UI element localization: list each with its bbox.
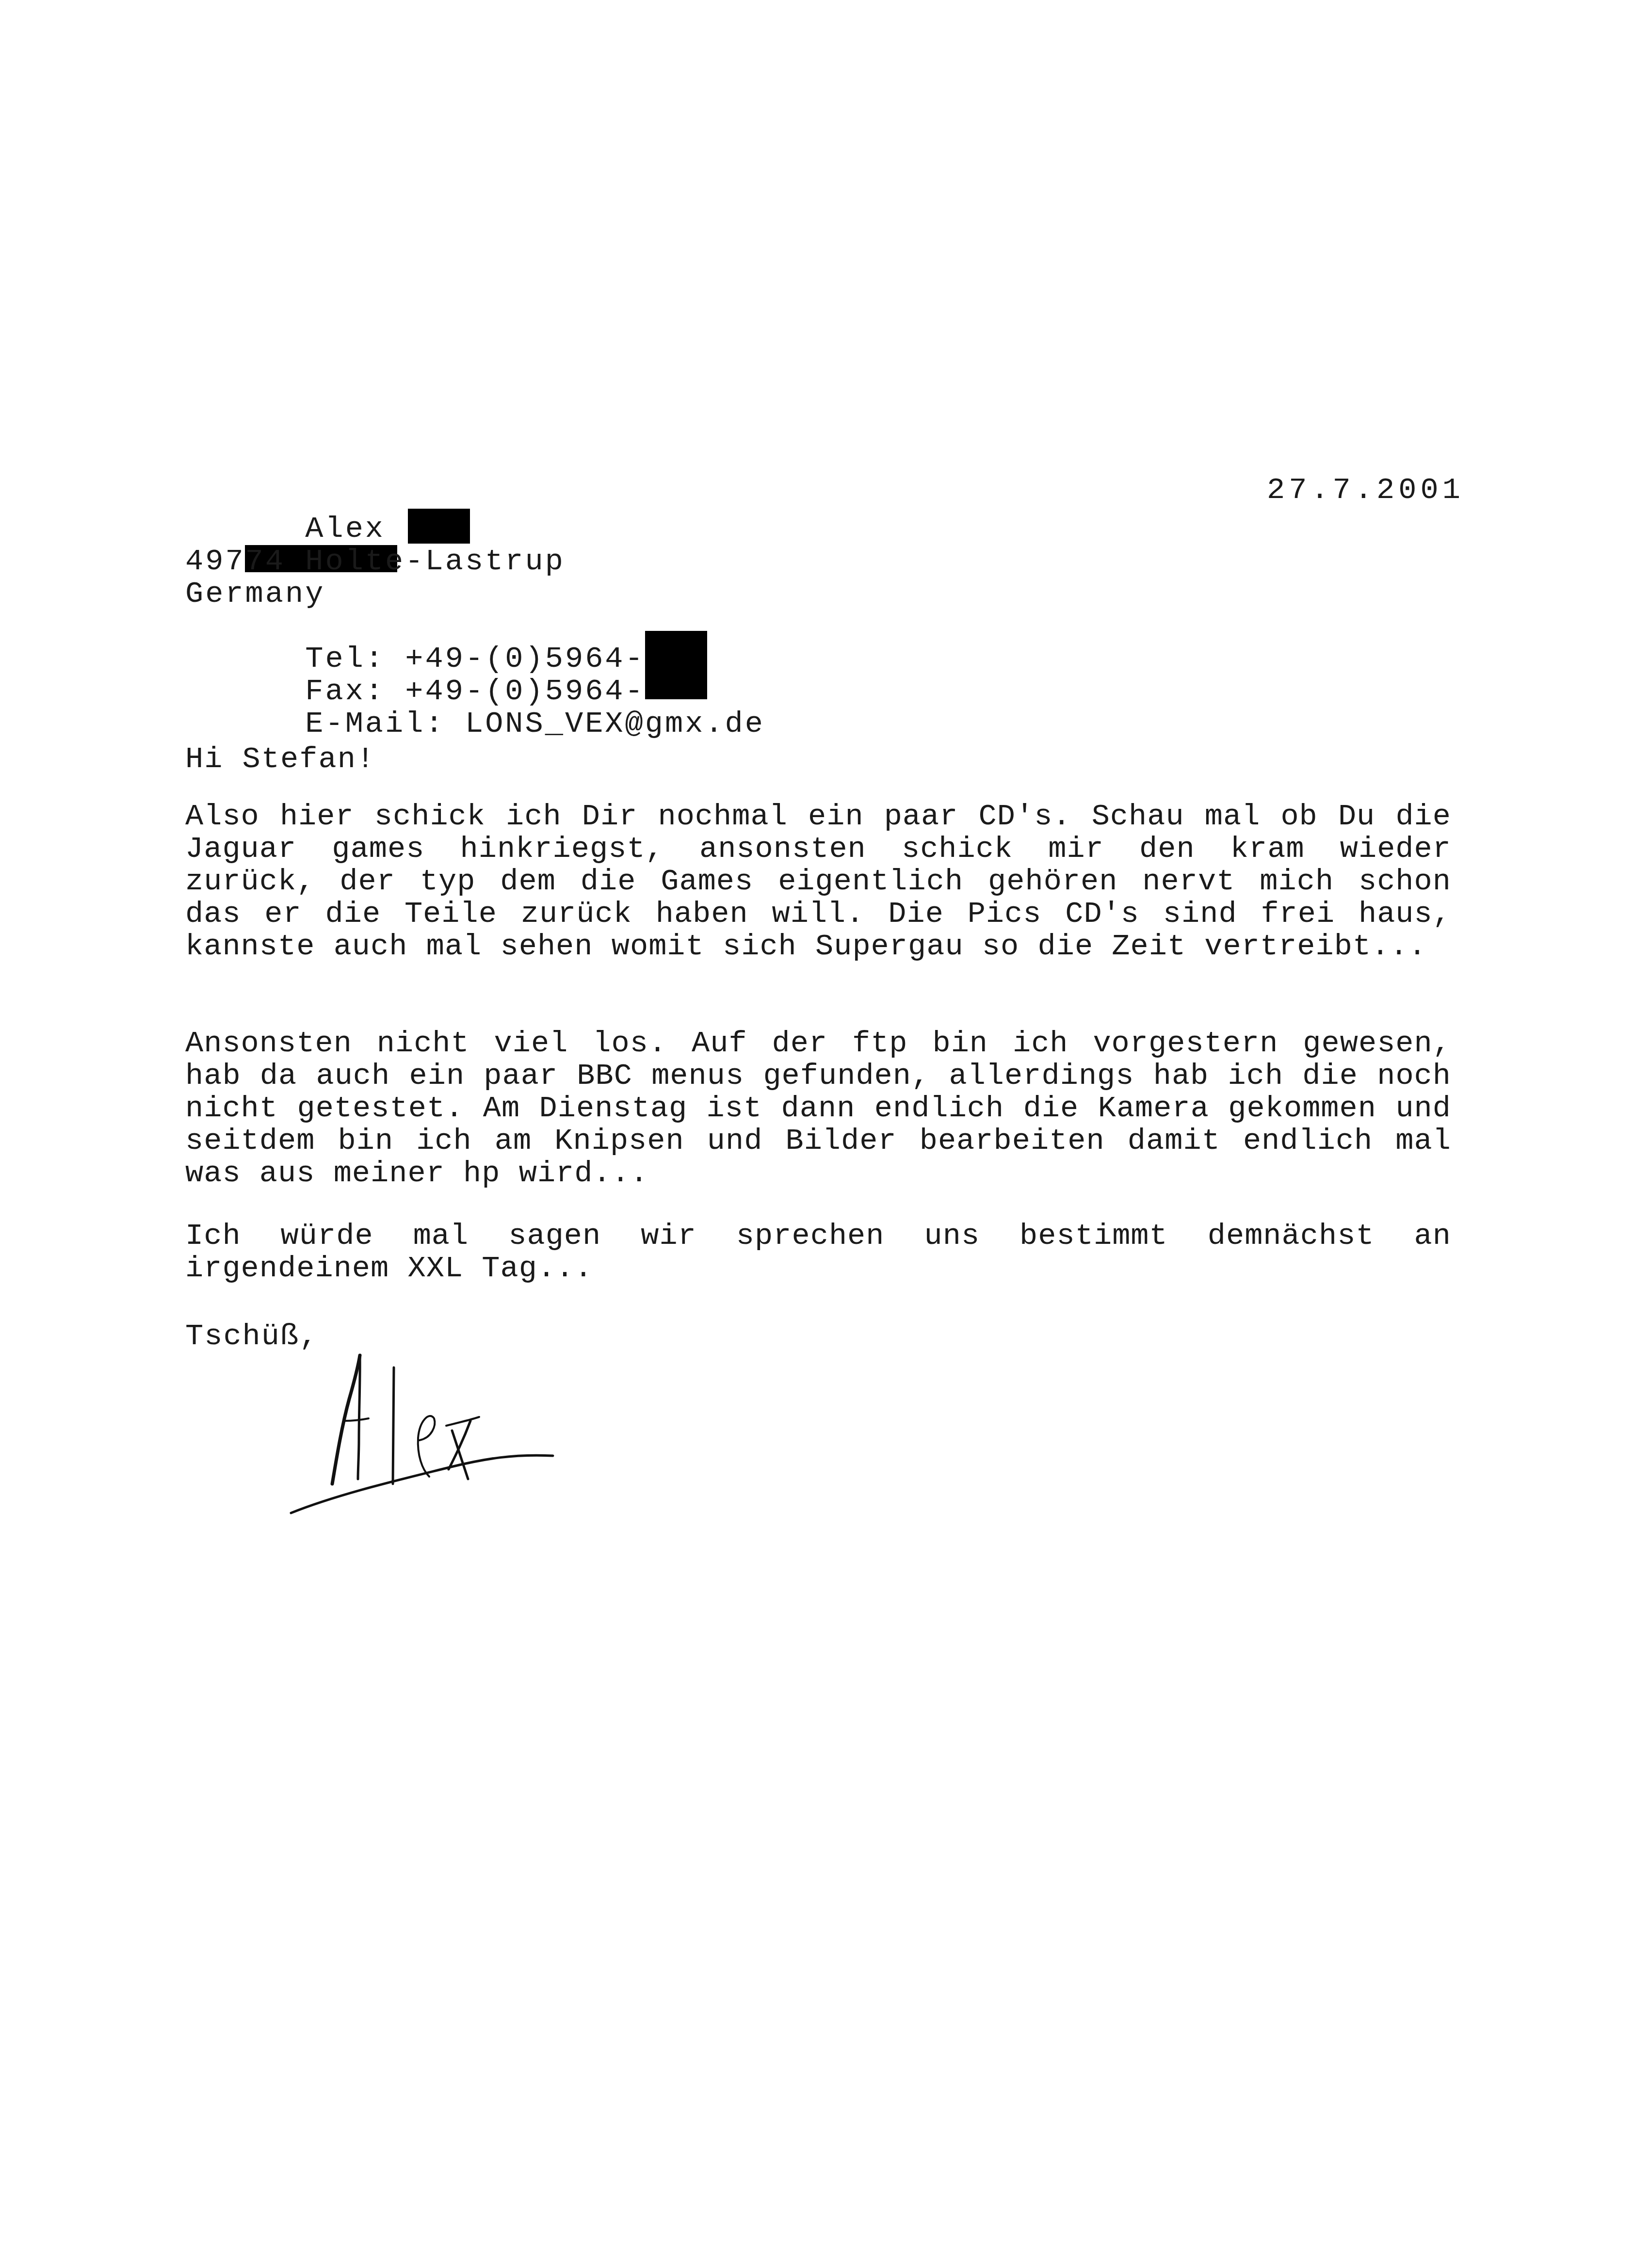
sender-country: Germany bbox=[185, 578, 765, 610]
letter-date: 27.7.2001 bbox=[1267, 473, 1464, 507]
email-label: E-Mail: bbox=[305, 707, 445, 741]
email-value: LONS_VEX@gmx.de bbox=[465, 707, 765, 741]
sender-name-line: Alex bbox=[185, 480, 765, 513]
greeting: Hi Stefan! bbox=[185, 742, 375, 776]
sender-street-line bbox=[185, 513, 765, 545]
sender-address-block: Alex 49774 Holte-Lastrup Germany Tel: +4… bbox=[185, 480, 765, 708]
sender-email-line: E-Mail: LONS_VEX@gmx.de bbox=[185, 675, 765, 708]
paragraph-1: Also hier schick ich Dir nochmal ein paa… bbox=[185, 800, 1451, 963]
paragraph-3: Ich würde mal sagen wir sprechen uns bes… bbox=[185, 1220, 1451, 1285]
letter-page: Alex 49774 Holte-Lastrup Germany Tel: +4… bbox=[0, 0, 1650, 2268]
paragraph-2: Ansonsten nicht viel los. Auf der ftp bi… bbox=[185, 1027, 1451, 1190]
sender-tel-line: Tel: +49-(0)5964- bbox=[185, 610, 765, 643]
sender-city-line: 49774 Holte-Lastrup bbox=[185, 545, 765, 578]
sender-fax-line: Fax: +49-(0)5964- bbox=[185, 643, 765, 675]
handwritten-signature bbox=[281, 1329, 572, 1523]
